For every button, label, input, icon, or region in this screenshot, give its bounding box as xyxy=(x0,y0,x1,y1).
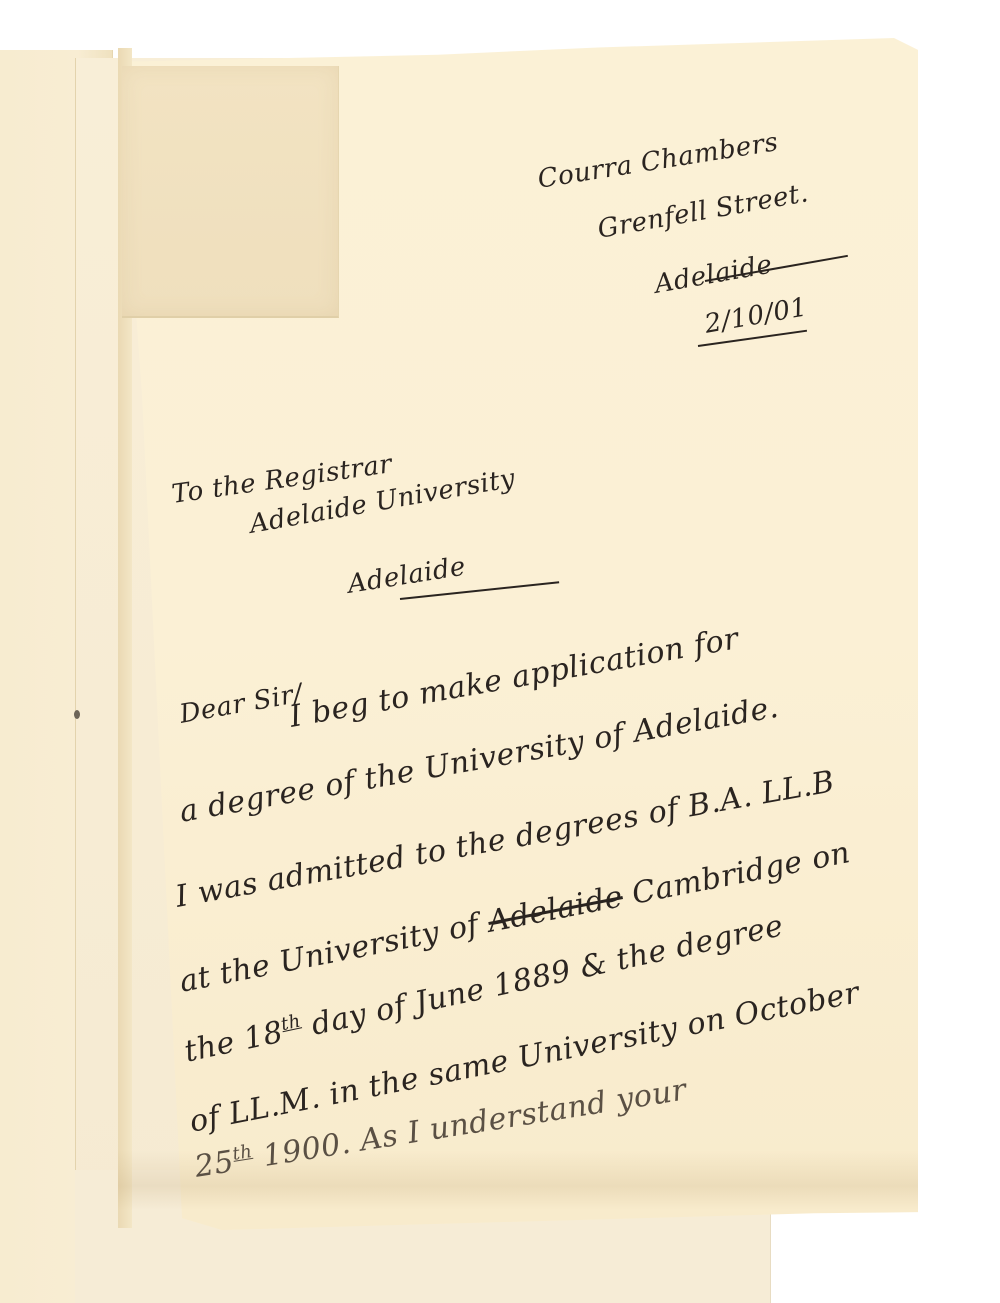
tissue-repair-patch xyxy=(122,66,339,318)
pin-hole xyxy=(74,710,80,719)
